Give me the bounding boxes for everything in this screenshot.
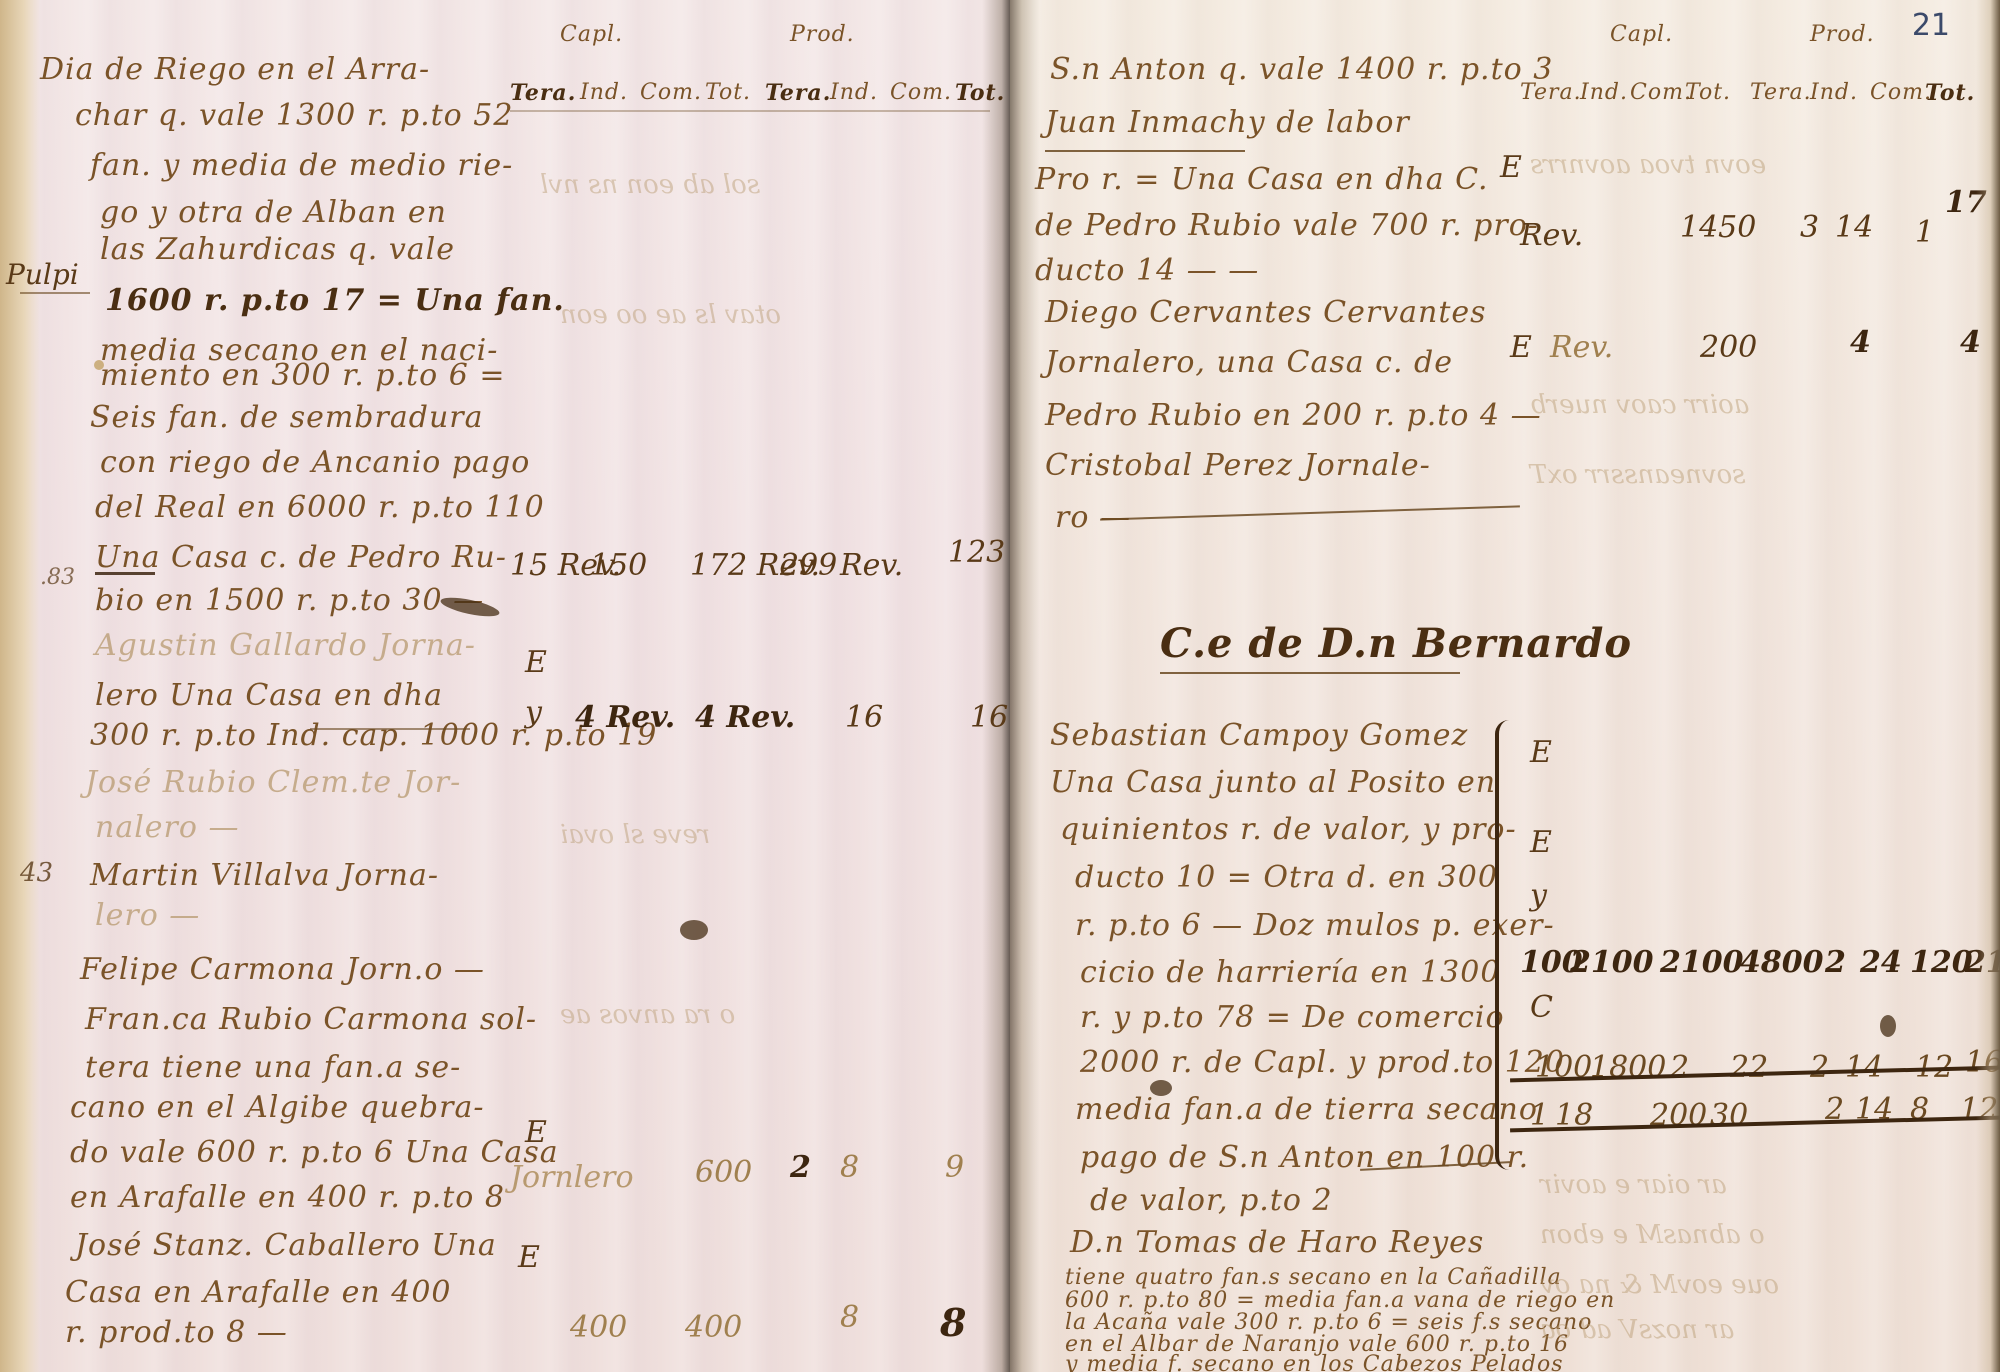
figure-value: Rev. xyxy=(1550,330,1613,365)
figure-value: 400 xyxy=(685,1310,742,1345)
text-line: media fan.a de tierra secano xyxy=(1075,1092,1538,1127)
total-value: 4800 xyxy=(1740,945,1824,980)
underline xyxy=(95,572,155,575)
figure-value: E xyxy=(525,645,547,680)
text-line: ducto 14 — — xyxy=(1035,253,1259,288)
total-value: 216 xyxy=(1965,945,2000,980)
header-col: Tot. xyxy=(1685,80,1731,105)
bracket-label: C xyxy=(1530,990,1553,1025)
gutter-shadow xyxy=(982,0,1010,1372)
ink-blot xyxy=(1150,1080,1172,1096)
bleed-through-text: o abnasM e ebon xyxy=(1540,1220,1765,1250)
text-line: con riego de Ancanio pago xyxy=(100,445,530,480)
text-line: fan. y media de medio rie- xyxy=(90,148,513,183)
bleed-through-text: aoirr caov nuerb xyxy=(1530,390,1749,420)
section-title: C.e de D.n Bernardo xyxy=(1160,620,1632,667)
margin-note: Pulpi xyxy=(6,258,79,291)
figure-value: 400 xyxy=(570,1310,627,1345)
text-line: cano en el Algibe quebra- xyxy=(70,1090,485,1125)
figure-value: 8 xyxy=(940,1300,966,1345)
text-line: S.n Anton q. vale 1400 r. p.to 3 xyxy=(1050,52,1553,87)
text-line: José Stanz. Caballero Una xyxy=(75,1228,497,1263)
ink-blot xyxy=(1880,1015,1896,1037)
figure-value: 4 xyxy=(1850,325,1871,360)
text-line: Felipe Carmona Jorn.o — xyxy=(80,952,485,987)
bleed-through-text: eovn tvoa aovnrrs xyxy=(1530,150,1766,180)
text-line: pago de S.n Anton en 100 r. xyxy=(1080,1140,1529,1175)
figure-value: Jornlero xyxy=(510,1160,634,1195)
text-line: r. p.to 6 — Doz mulos p. exer- xyxy=(1075,908,1555,943)
text-line: Seis fan. de sembradura xyxy=(90,400,484,435)
text-line: Juan Inmachy de labor xyxy=(1045,105,1410,140)
bleed-through-text: ar oiar e aovir xyxy=(1540,1170,1727,1200)
text-line: go y otra de Alban en xyxy=(100,195,447,230)
header-col: Tera. xyxy=(765,80,831,106)
text-line: Fran.ca Rubio Carmona sol- xyxy=(85,1002,537,1037)
text-line: tiene quatro fan.s secano en la Cañadill… xyxy=(1065,1265,1562,1290)
header-col: Tot. xyxy=(955,80,1005,106)
text-line: Pedro Rubio en 200 r. p.to 4 — xyxy=(1045,398,1542,433)
entry-bracket xyxy=(1495,720,1517,1170)
text-line: Pro r. = Una Casa en dha C. xyxy=(1035,162,1489,197)
text-line: do vale 600 r. p.to 6 Una Casa xyxy=(70,1135,559,1170)
header-col: Com. xyxy=(890,80,952,105)
text-line: r. prod.to 8 — xyxy=(65,1315,288,1350)
figure-value: y xyxy=(525,695,542,730)
figure-value: 299 xyxy=(780,548,837,583)
figure-value: 150 xyxy=(590,548,647,583)
text-line: las Zahurdicas q. vale xyxy=(100,232,455,267)
header-col: Tot. xyxy=(1925,80,1975,106)
total-value: 120 xyxy=(1910,945,1973,980)
bleed-through-text: reve sl ovai xyxy=(560,820,710,850)
header-col: Ind. xyxy=(580,80,628,105)
figure-value: 14 xyxy=(1835,210,1873,245)
text-line: de valor, p.to 2 xyxy=(1090,1183,1333,1218)
bracket-label: E xyxy=(1530,735,1552,770)
figure-value: 1 xyxy=(1915,215,1934,250)
header-group-producto: Prod. xyxy=(1810,22,1875,47)
figure-value: 9 xyxy=(945,1150,964,1185)
header-group-producto: Prod. xyxy=(790,22,855,47)
text-line: lero — xyxy=(95,898,200,933)
right-page: 21 Capl. Prod. Tera. Ind. Com. Tot. Tera… xyxy=(1010,0,2000,1372)
text-line: Una Casa c. de Pedro Ru- xyxy=(95,540,507,575)
text-line: en Arafalle en 400 r. p.to 8 xyxy=(70,1180,505,1215)
text-line: Agustin Gallardo Jorna- xyxy=(95,628,476,663)
text-line: lero Una Casa en dha xyxy=(95,678,443,713)
figure-value: 2 xyxy=(790,1150,811,1185)
bracket-label: y xyxy=(1530,878,1547,913)
underline xyxy=(1045,150,1245,152)
text-line: ducto 10 = Otra d. en 300 xyxy=(1075,860,1498,895)
figure-value: 3 xyxy=(1800,210,1819,245)
header-col: Com. xyxy=(1630,80,1692,105)
figure-value: 200 xyxy=(1700,330,1757,365)
figure-value: 1450 xyxy=(1680,210,1756,245)
text-line: 300 r. p.to Ind. cap. 1000 r. p.to 19 xyxy=(90,718,657,753)
left-page: Capl. Prod. Tera. Ind. Com. Tot. Tera. I… xyxy=(0,0,1010,1372)
manuscript-spread: Capl. Prod. Tera. Ind. Com. Tot. Tera. I… xyxy=(0,0,2000,1372)
text-line: del Real en 6000 r. p.to 110 xyxy=(95,490,545,525)
figure-value: 16 xyxy=(845,700,883,735)
header-group-capital: Capl. xyxy=(1610,22,1673,47)
header-col: Tera. xyxy=(1750,80,1812,105)
text-line: tera tiene una fan.a se- xyxy=(85,1050,461,1085)
text-line: r. y p.to 78 = De comercio xyxy=(1080,1000,1505,1035)
figure-value: 8 xyxy=(840,1300,859,1335)
text-line: Una Casa junto al Posito en xyxy=(1050,765,1496,800)
figure-value: 4 Rev. xyxy=(695,700,795,735)
total-value: 2 xyxy=(1825,945,1846,980)
bleed-through-text: o ra anvos ae xyxy=(560,1000,735,1030)
figure-value: 4 Rev. xyxy=(575,700,675,735)
figure-value: 16 xyxy=(970,700,1008,735)
header-col: Com. xyxy=(1870,80,1932,105)
figure-value: 17 xyxy=(1945,185,1987,220)
total-value: 24 xyxy=(1860,945,1902,980)
gutter-shadow xyxy=(1010,0,1040,1372)
total-value: 2100 xyxy=(1570,945,1654,980)
text-line: cicio de harriería en 1300 xyxy=(1080,955,1500,990)
underline xyxy=(310,728,470,730)
header-col: Tera. xyxy=(510,80,576,106)
header-col: Ind. xyxy=(830,80,878,105)
margin-note: .83 xyxy=(40,565,75,590)
struck-value: 14 xyxy=(1845,1050,1883,1085)
underline xyxy=(20,292,90,294)
text-line: Martin Villalva Jorna- xyxy=(90,858,439,893)
bleed-through-text: otav ls ae oo eon xyxy=(560,300,781,330)
figure-value: 8 xyxy=(840,1150,859,1185)
text-line: nalero — xyxy=(95,810,240,845)
figure-value: Rev. xyxy=(840,548,903,583)
text-line: 2000 r. de Capl. y prod.to 120 xyxy=(1080,1045,1565,1080)
text-line: Dia de Riego en el Arra- xyxy=(40,52,430,87)
header-rule xyxy=(510,110,990,112)
bleed-through-text: oue eovM & na ov xyxy=(1540,1270,1779,1300)
figure-value: 600 xyxy=(695,1155,752,1190)
text-line: de Pedro Rubio vale 700 r. pro- xyxy=(1035,208,1539,243)
folio-number: 21 xyxy=(1912,8,1950,43)
text-line: char q. vale 1300 r. p.to 52 xyxy=(75,98,513,133)
struck-value: 12 xyxy=(1960,1092,1998,1127)
text-line: 1600 r. p.to 17 = Una fan. xyxy=(105,283,565,318)
total-value: 2100 xyxy=(1660,945,1744,980)
figure-value: 4 xyxy=(1960,325,1981,360)
text-line: D.n Tomas de Haro Reyes xyxy=(1070,1225,1484,1260)
text-line: José Rubio Clem.te Jor- xyxy=(85,765,461,800)
header-col: Com. xyxy=(640,80,702,105)
figure-value: E xyxy=(1500,150,1522,185)
ink-blot xyxy=(94,360,104,370)
figure-value: E xyxy=(1510,330,1532,365)
text-line: Cristobal Perez Jornale- xyxy=(1045,448,1431,483)
text-line: quinientos r. de valor, y pro- xyxy=(1060,812,1517,847)
bleed-through-text: sovneanssrr oxT xyxy=(1530,460,1746,490)
ink-blot xyxy=(680,920,708,940)
struck-value: 16 xyxy=(1965,1045,2000,1080)
section-title-underline xyxy=(1160,672,1460,674)
text-line: bio en 1500 r. p.to 30 — xyxy=(95,583,484,618)
header-col: Ind. xyxy=(1580,80,1628,105)
figure-value: 123 xyxy=(948,535,1005,570)
text-line: Jornalero, una Casa c. de xyxy=(1045,345,1453,380)
bleed-through-text: ar nozsV ad oa xyxy=(1540,1315,1734,1345)
struck-value: 2 xyxy=(1670,1050,1689,1085)
text-line: Casa en Arafalle en 400 xyxy=(65,1275,452,1310)
figure-value: E xyxy=(518,1240,540,1275)
header-col: Ind. xyxy=(1810,80,1858,105)
margin-note: 43 xyxy=(20,858,53,888)
struck-value: 2 xyxy=(1810,1050,1829,1085)
entry-separator xyxy=(1100,505,1520,520)
figure-value: E xyxy=(525,1115,547,1150)
figure-value: Rev. xyxy=(1520,218,1583,253)
header-col: Tot. xyxy=(705,80,751,105)
bracket-label: E xyxy=(1530,825,1552,860)
text-line: miento en 300 r. p.to 6 = xyxy=(100,358,505,393)
struck-value: 22 xyxy=(1730,1050,1768,1085)
header-group-capital: Capl. xyxy=(560,22,623,47)
struck-value: 30 xyxy=(1710,1098,1748,1133)
text-line: Sebastian Campoy Gomez xyxy=(1050,718,1468,753)
text-line: y media f. secano en los Cabezos Pelados xyxy=(1065,1352,1564,1372)
text-line: Diego Cervantes Cervantes xyxy=(1045,295,1487,330)
bleed-through-text: sol ab eon ns nvl xyxy=(540,170,760,200)
